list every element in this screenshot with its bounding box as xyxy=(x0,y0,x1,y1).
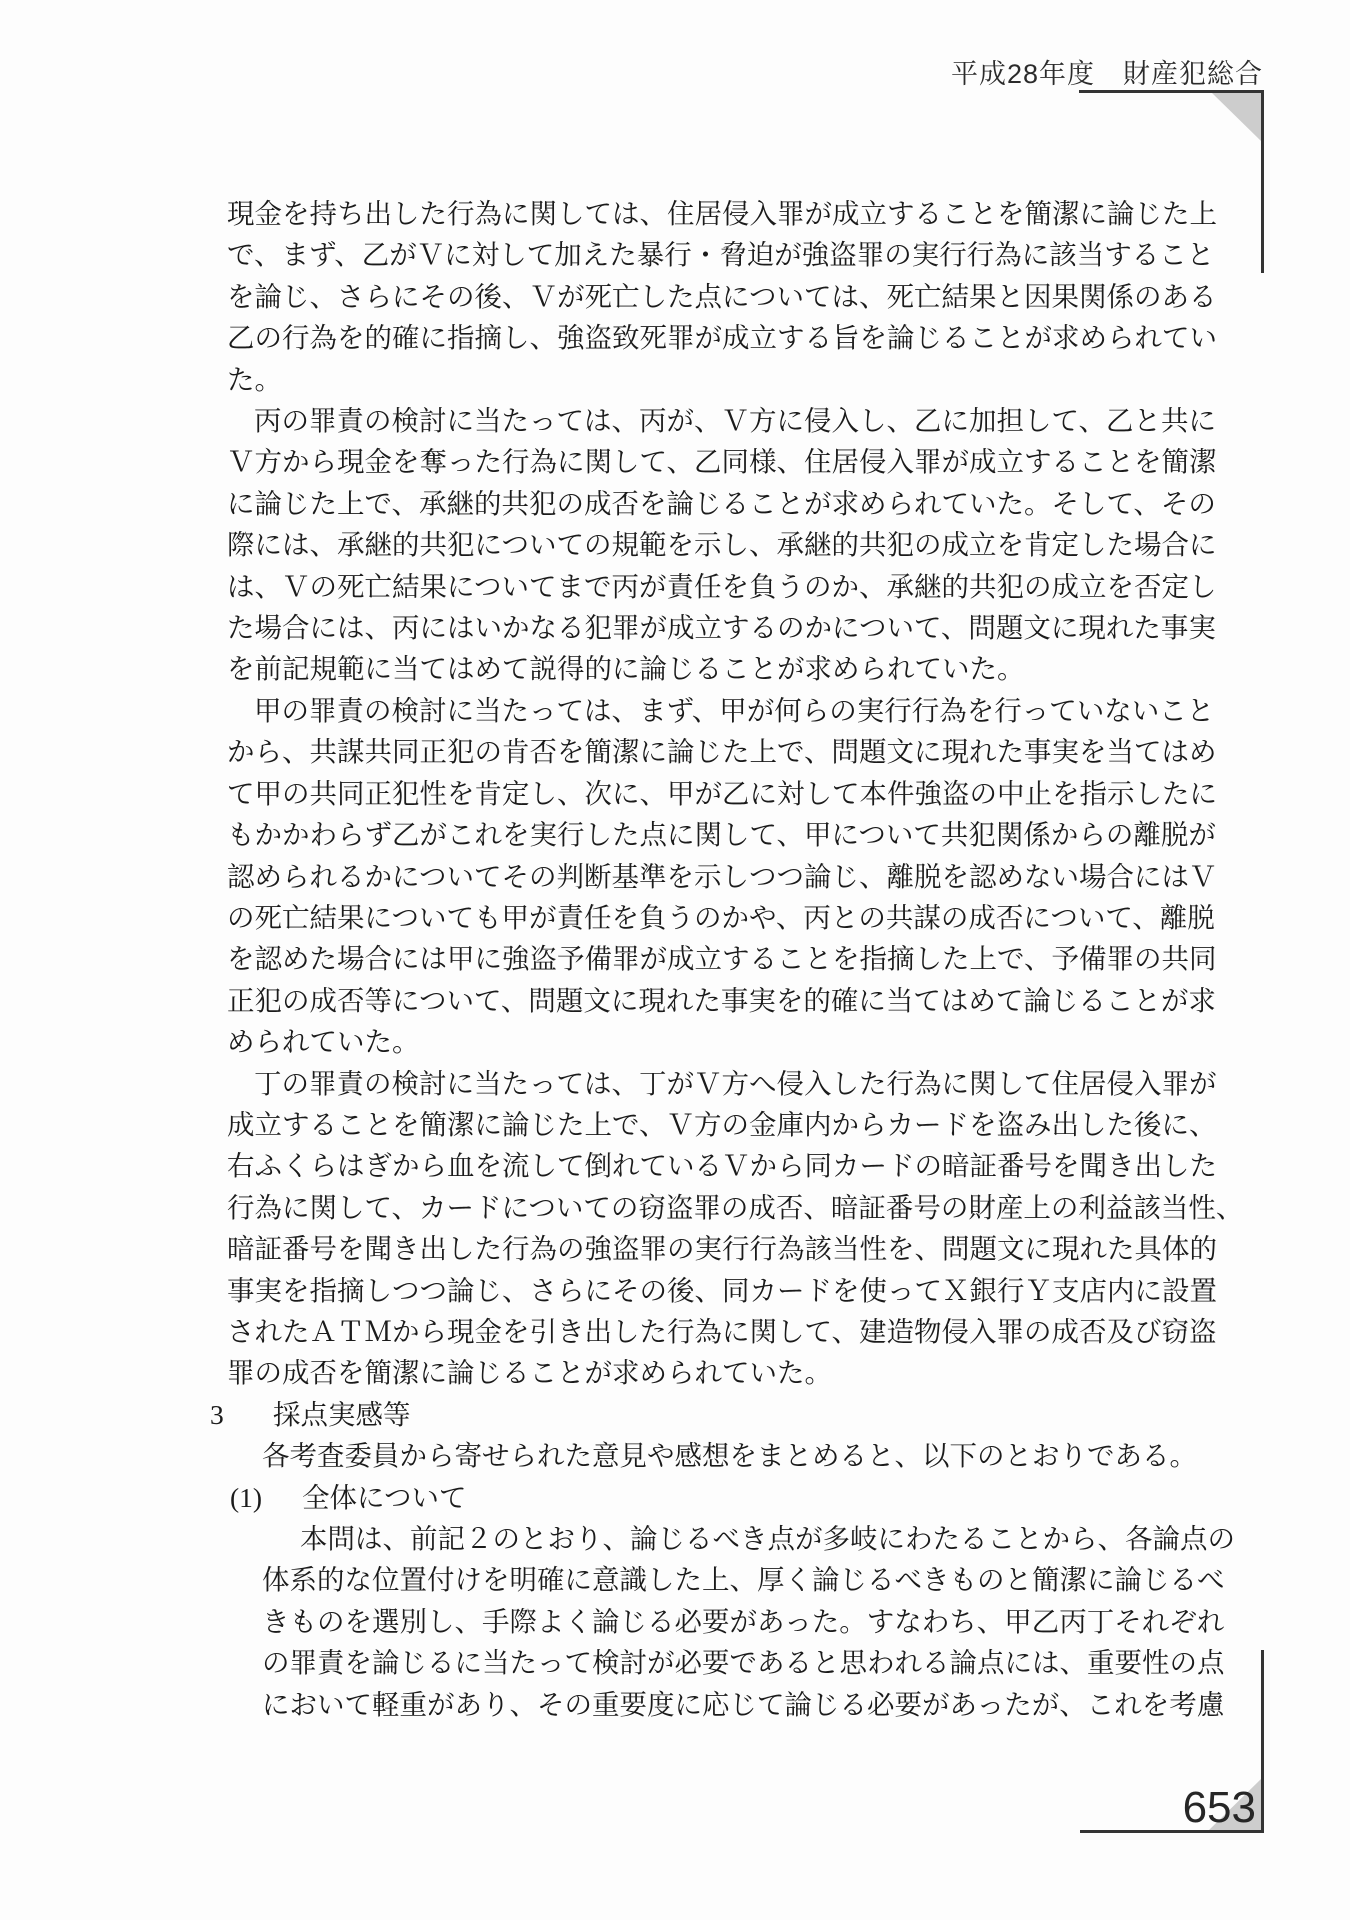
text-line: 事実を指摘しつつ論じ、さらにその後、同カードを使ってＸ銀行Ｙ支店内に設置 xyxy=(0,1270,1350,1311)
text-line: 成立することを簡潔に論じた上で、Ｖ方の金庫内からカードを盗み出した後に、 xyxy=(0,1104,1350,1145)
text-line: 正犯の成否等について、問題文に現れた事実を的確に当てはめて論じることが求 xyxy=(0,980,1350,1021)
text-line: もかかわらず乙がこれを実行した点に関して、甲について共犯関係からの離脱が xyxy=(0,814,1350,855)
text-line: 体系的な位置付けを明確に意識した上、厚く論じるべきものと簡潔に論じるべ xyxy=(0,1559,1350,1600)
text-line: 罪の成否を簡潔に論じることが求められていた。 xyxy=(0,1352,1350,1393)
text-line: で、まず、乙がＶに対して加えた暴行・脅迫が強盗罪の実行行為に該当すること xyxy=(0,234,1350,275)
text-line: められていた。 xyxy=(0,1021,1350,1062)
text-line: 現金を持ち出した行為に関しては、住居侵入罪が成立することを簡潔に論じた上 xyxy=(0,193,1350,234)
text-line: から、共謀共同正犯の肯否を簡潔に論じた上で、問題文に現れた事実を当てはめ xyxy=(0,731,1350,772)
text-line: 丙の罪責の検討に当たっては、丙が、Ｖ方に侵入し、乙に加担して、乙と共に xyxy=(0,400,1350,441)
text-line: 認められるかについてその判断基準を示しつつ論じ、離脱を認めない場合にはＶ xyxy=(0,856,1350,897)
text-line: きものを選別し、手際よく論じる必要があった。すなわち、甲乙丙丁それぞれ xyxy=(0,1601,1350,1642)
subsection-title: 全体について xyxy=(302,1482,466,1513)
section-number: 3 xyxy=(210,1394,273,1435)
text-line: 暗証番号を聞き出した行為の強盗罪の実行行為該当性を、問題文に現れた具体的 xyxy=(0,1228,1350,1269)
text-line: Ｖ方から現金を奪った行為に関して、乙同様、住居侵入罪が成立することを簡潔 xyxy=(0,441,1350,482)
bottom-right-vertical-rule xyxy=(1261,1650,1264,1833)
text-line: た。 xyxy=(0,359,1350,400)
text-line: を論じ、さらにその後、Ｖが死亡した点については、死亡結果と因果関係のある xyxy=(0,276,1350,317)
text-line: 各考査委員から寄せられた意見や感想をまとめると、以下のとおりである。 xyxy=(0,1435,1350,1476)
top-right-corner-triangle xyxy=(1212,93,1261,141)
text-line: 本問は、前記２のとおり、論じるべき点が多岐にわたることから、各論点の xyxy=(0,1518,1350,1559)
text-line: 行為に関して、カードについての窃盗罪の成否、暗証番号の財産上の利益該当性、 xyxy=(0,1187,1350,1228)
text-line: た場合には、丙にはいかなる犯罪が成立するのかについて、問題文に現れた事実 xyxy=(0,607,1350,648)
page-text: 現金を持ち出した行為に関しては、住居侵入罪が成立することを簡潔に論じた上で、まず… xyxy=(0,193,1350,1725)
text-line: 丁の罪責の検討に当たっては、丁がＶ方へ侵入した行為に関して住居侵入罪が xyxy=(0,1063,1350,1104)
page-number: 653 xyxy=(1056,1786,1256,1830)
subsection-number: (1) xyxy=(230,1477,302,1518)
text-line: を前記規範に当てはめて説得的に論じることが求められていた。 xyxy=(0,648,1350,689)
text-line: 乙の行為を的確に指摘し、強盗致死罪が成立する旨を論じることが求められてい xyxy=(0,317,1350,358)
subsection-heading: (1)全体について xyxy=(0,1477,1350,1518)
text-line: の罪責を論じるに当たって検討が必要であると思われる論点には、重要性の点 xyxy=(0,1642,1350,1683)
text-line: は、Ｖの死亡結果についてまで丙が責任を負うのか、承継的共犯の成立を否定し xyxy=(0,566,1350,607)
text-line: に論じた上で、承継的共犯の成否を論じることが求められていた。そして、その xyxy=(0,483,1350,524)
text-line: 右ふくらはぎから血を流して倒れているＶから同カードの暗証番号を聞き出した xyxy=(0,1145,1350,1186)
text-line: の死亡結果についても甲が責任を負うのかや、丙との共謀の成否について、離脱 xyxy=(0,897,1350,938)
text-line: 際には、承継的共犯についての規範を示し、承継的共犯の成立を肯定した場合に xyxy=(0,524,1350,565)
section-title: 採点実感等 xyxy=(273,1399,411,1430)
text-line: て甲の共同正犯性を肯定し、次に、甲が乙に対して本件強盗の中止を指示したに xyxy=(0,773,1350,814)
document-page: 平成28年度 財産犯総合 現金を持ち出した行為に関しては、住居侵入罪が成立するこ… xyxy=(0,0,1350,1920)
text-line: において軽重があり、その重要度に応じて論じる必要があったが、これを考慮 xyxy=(0,1684,1350,1725)
section-heading: 3採点実感等 xyxy=(0,1394,1350,1435)
text-line: 甲の罪責の検討に当たっては、まず、甲が何らの実行行為を行っていないこと xyxy=(0,690,1350,731)
top-right-horizontal-rule xyxy=(1079,90,1264,93)
text-line: を認めた場合には甲に強盗予備罪が成立することを指摘した上で、予備罪の共同 xyxy=(0,938,1350,979)
page-header-label: 平成28年度 財産犯総合 xyxy=(0,52,1263,91)
text-line: されたＡＴＭから現金を引き出した行為に関して、建造物侵入罪の成否及び窃盗 xyxy=(0,1311,1350,1352)
